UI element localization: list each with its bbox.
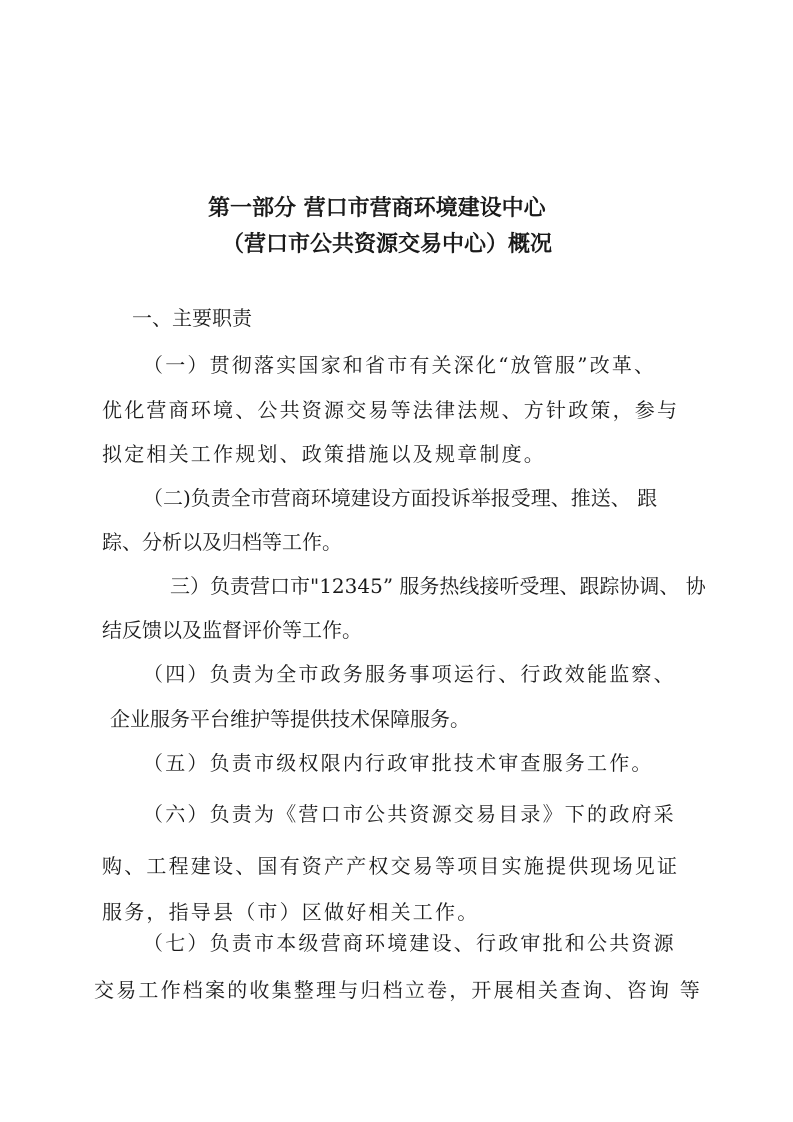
paragraph-line: 购、工程建设、国有资产产权交易等项目实施提供现场见证 <box>102 854 679 878</box>
paragraph-line: （五）负责市级权限内行政审批技术审查服务工作。 <box>143 751 654 775</box>
paragraph-line: 优化营商环境、公共资源交易等法律法规、方针政策，参与 <box>102 398 679 422</box>
paragraph-line: 服务，指导县（市）区做好相关工作。 <box>102 900 479 924</box>
section-heading: 一、主要职责 <box>132 306 252 330</box>
paragraph-line: 踪、分析以及归档等工作。 <box>102 530 342 554</box>
document-title-line-1: 第一部分 营口市营商环境建设中心 <box>208 197 546 221</box>
paragraph-line: 三）负责营口市"12345” 服务热线接听受理、跟踪协调、 协 <box>170 574 706 598</box>
paragraph-line: 结反馈以及监督评价等工作。 <box>102 618 362 642</box>
paragraph-line: 企业服务平台维护等提供技术保障服务。 <box>110 707 470 731</box>
paragraph-line: （四）负责为全市政务服务事项运行、行政效能监察、 <box>143 662 676 686</box>
paragraph-line: （七）负责市本级营商环境建设、行政审批和公共资源 <box>143 931 676 955</box>
paragraph-line: （二)负责全市营商环境建设方面投诉举报受理、推送、 跟 <box>143 486 657 510</box>
paragraph-line: 拟定相关工作规划、政策措施以及规章制度。 <box>102 442 546 466</box>
document-title-line-2: （营口市公共资源交易中心）概况 <box>222 233 552 257</box>
paragraph-line: （六）负责为《营口市公共资源交易目录》下的政府采 <box>143 802 676 826</box>
paragraph-line: 交易工作档案的收集整理与归档立卷，开展相关查询、咨询 等 <box>94 978 702 1002</box>
paragraph-line: （一）贯彻落实国家和省市有关深化“放管服”改革、 <box>143 353 656 377</box>
